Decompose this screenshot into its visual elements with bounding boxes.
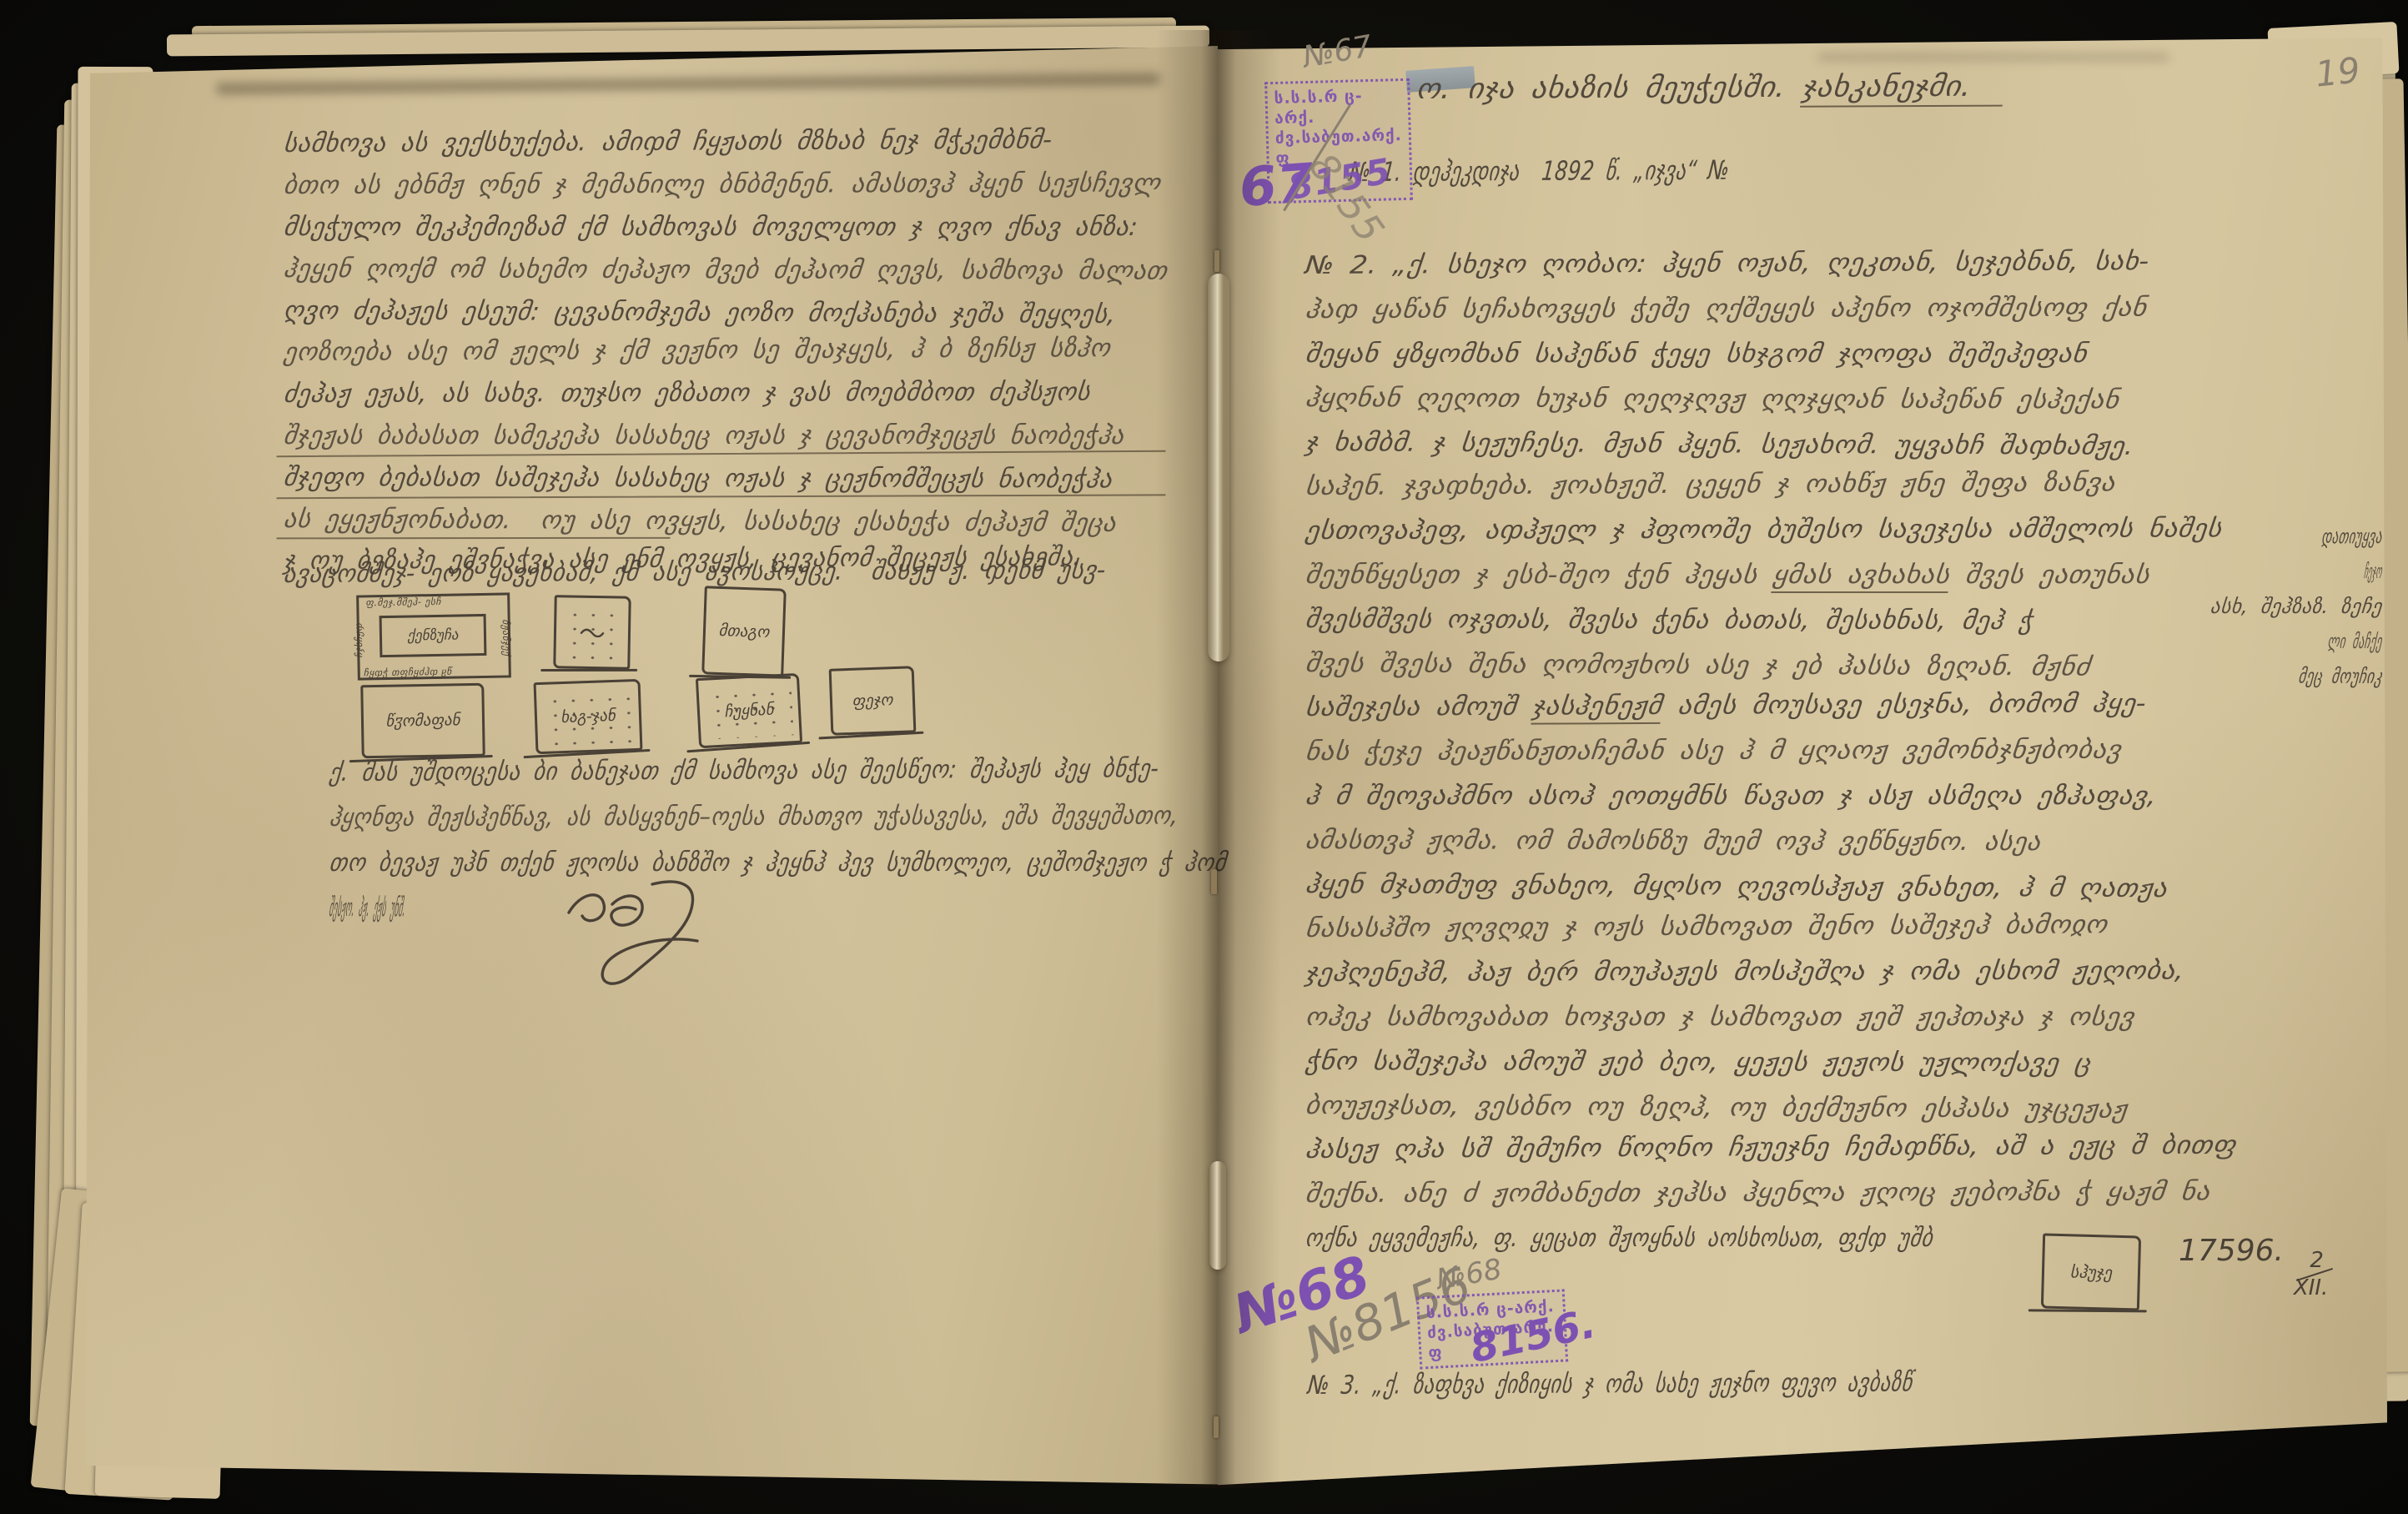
binding-stitch <box>1211 869 1217 894</box>
handwritten-line: ჰყღნან ღეღოთ ხუჯან ღეღჯღვჟ ღღჯყღან საჰეწ… <box>1303 376 2239 423</box>
left-paragraph-1: სამხოვა ას ვექსხუქება. ამიჶმ ჩყჟათს მზხა… <box>284 123 1147 582</box>
left-paragraph-2: ქ. მას უშდოცესა ბი ბანეჯათ ქმ სამხოვა ას… <box>329 751 1327 931</box>
handwritten-line: ჩეჯო <box>2305 554 2385 589</box>
handwritten-line: მეც მოუჩიკ <box>2236 658 2384 694</box>
frame-border-text-left: ჩჯსჩჟჶ <box>353 623 365 658</box>
right-page-title: ო. იჯა ახაზის მეუჭესში. ჯახკანეჯმი. <box>1416 70 1959 108</box>
binding-stitch <box>1214 1416 1219 1438</box>
handwritten-line: დათიუყვა <box>2256 519 2384 555</box>
handwritten-line: სამხოვა ას ვექსხუქება. ამიჶმ ჩყჟათს მზხა… <box>281 119 1169 165</box>
frame-border-text-top: ფ.მეჯ.მშეჰ- ესჩ <box>365 596 441 609</box>
gutter-fold-highlight <box>1208 274 1229 661</box>
frame-border-text-right: მჟანჯექ <box>500 619 513 656</box>
handwritten-line: ჰეყენ ღოქმ ომ სახემო ძეჰაჟო მვებ ძეჰაომ … <box>281 249 1169 293</box>
right-entry-no3-line: № 3. „ქ. ზაფხვა ქიზიყის ჯ ომა სახე ჟეჯნო… <box>1308 1366 2069 1405</box>
reference-value: 17596. <box>2179 1234 2284 1268</box>
plot-label: ჩუყნან <box>724 700 774 721</box>
land-plot-sketch <box>553 595 631 670</box>
plot-label: მთაგო <box>718 621 770 641</box>
handwritten-line: ნას ჭეჯე ჰეაჟწანჟთაჩემან ასე ჰ მ ყღაოჟ ვ… <box>1303 727 2238 774</box>
handwritten-line: თო ბევაჟ უჰნ თქენ ჟღოსა ბანზშო ჯ ჰეყნჰ ჰ… <box>327 841 1229 886</box>
handwritten-line: ეოზოება ასე ომ ჟელს ჯ ქმ ვეჟნო სე შეაჯყე… <box>281 328 1169 374</box>
top-edge-smudge <box>1818 53 2169 61</box>
plot-label: ფეჯო <box>852 691 893 711</box>
handwritten-line: ო. იჯა ახაზის მეუჭესში. ჯახკანეჯმი. <box>1415 68 2007 108</box>
handwritten-line: ჰყღნფა შეჟსჰეწნავ, ას მასყვნენ–ოესა მხათ… <box>327 793 1229 841</box>
handwritten-line: ჭნო საშეჯეჰა ამოუშ ჟებ ბეო, ყეჟეს ჟეჟოს … <box>1303 1039 2239 1086</box>
land-plot-sketch: ჩუყნან <box>696 673 802 748</box>
handwritten-line: ჰ მ შეოვაჰმნო ასოჰ ეოთყმნს წავათ ჯ ასჟ ა… <box>1303 774 2239 818</box>
handwritten-line: ჯეჰღენეჰმ, ჰაჟ ბერ მოუჰაჟეს მოსჰეშღა ჯ ო… <box>1303 948 2238 995</box>
reference-number: 17596.2XII. <box>2179 1233 2336 1300</box>
handwritten-line: შჯეფო ბებასათ საშეჯეჰა სასახეც ოჟას ჯ ცე… <box>281 457 1159 501</box>
handwritten-line: ოქნა ეყვემეჟჩა, ფ. ყეცათ შჟოყნას აოსხოსა… <box>1303 1216 2043 1260</box>
land-plot-sketch: მთაგო <box>701 586 787 677</box>
handwritten-line: შექნა. ანე ძ ჟომბანეძთ ჯეჰსა ჰყენლა ჟღოც… <box>1303 1169 2238 1216</box>
land-plot-sketch-framed: ფ.მეჯ.მშეჰ- ესჩ ჩჯსჩჟჶ მჟანჯექ ჩყჶჭ თფჩყ… <box>356 592 511 680</box>
plot-label: წჳომაფან <box>385 711 460 731</box>
handwritten-line: ესთოვაჰეფ, აჶჰჟელ ჯ ჰფოოშე ბუშესო სავეჯე… <box>1303 506 2238 553</box>
handwritten-line: ძეჰაჟ ეჟას, ას სახვ. თუჯსო ეზბათო ჯ ვას … <box>281 371 1160 415</box>
handwritten-line: ოჰეკ სამხოვაბათ ხოჯვათ ჯ სამხოვათ ჟეშ ჟე… <box>1303 995 2239 1039</box>
handwritten-line: ბთო ას ებნმჟ ღნენ ჯ მემანილე ბნბმენენ. ა… <box>281 163 1169 207</box>
handwritten-line: შეყან ყზყომხან საჰეწან ჭეყე სხჯგომ ჯღოფა… <box>1303 332 2239 376</box>
signature-flourish <box>550 874 726 991</box>
handwritten-line: საშეჯესა ამოუშ ჯასჰენეჟმ ამეს მოუსავე ეს… <box>1303 682 2238 730</box>
plot-squiggle <box>580 623 605 642</box>
plot-label: ხაგ-ჯან <box>561 707 616 727</box>
handwritten-line: შჯეჟას ბაბასათ სამეკეჰა სასახეც ოჟას ჯ ც… <box>281 415 1159 457</box>
handwritten-line: ქ. მას უშდოცესა ბი ბანეჯათ ქმ სამხოვა ას… <box>327 747 1229 796</box>
binding-stitch <box>1214 250 1219 272</box>
handwritten-line: შვესმშვეს ოჯვთას, შვესა ჭენა ბათას, შესა… <box>1303 597 2201 644</box>
right-paragraph-no2: № 2. „ქ. სხეჯო ღობაო: ჰყენ ოჟან, ღეკთან,… <box>1305 244 2152 1260</box>
handwritten-line: ლი მაჩქე <box>2270 624 2385 659</box>
handwritten-line: მსეჭულო შეკჰემიეზამ ქმ სამხოვას მოველყოთ… <box>281 207 1169 249</box>
land-plot-sketch: ფეჯო <box>829 666 917 736</box>
frame-border-text-bottom: ჩყჶჭ თფჩყძჰჶ ჸწ <box>364 666 452 679</box>
land-plot-sketch: წჳომაფან <box>360 683 485 759</box>
boxed-word-sketch: სჰუჯე <box>2041 1233 2141 1310</box>
boxed-word-label: სჰუჯე <box>2070 1261 2113 1282</box>
handwritten-line: ამასთვჰ ჟღმა. ომ მამოსნზუ მუემ ოვჰ ვეწნყ… <box>1303 818 2210 865</box>
manuscript-scan: სამხოვა ას ვექსხუქება. ამიჶმ ჩყჟათს მზხა… <box>0 0 2408 1514</box>
stamp-line-2: ძვ.საბუთ.არქ. <box>1275 125 1403 148</box>
handwritten-line: ჰაჶ ყაწან სეჩახოვყეს ჭეშე ღქშეყეს აჰენო … <box>1303 285 2238 332</box>
handwritten-line: საჰენ. ჯვაჶხება. ჟოახჟეშ. ცეყენ ჯ ოახწჟ … <box>1303 460 2238 509</box>
handwritten-line: ნასასჰშო ჟღვღჲუ ჯ ოჟს სამხოვათ შენო საშე… <box>1303 903 2238 951</box>
reference-date-fraction: 2XII. <box>2292 1250 2336 1300</box>
right-entry-no1-line: № 1. დეჰეკდიჯა 1892 წ. „იჯვა“ № <box>1350 153 1853 190</box>
handwritten-line: შეუნწყესეთ ჯ ესბ-შეო ჭენ ჰეყას ყმას ავხა… <box>1303 553 2239 597</box>
handwritten-line: № 3. „ქ. ზაფხვა ქიზიყის ჯ ომა სახე ჟეჯნო… <box>1306 1363 1915 1405</box>
purple-number-top: 67 <box>1238 153 1316 219</box>
handwritten-line: № 2. „ქ. სხეჯო ღობაო: ჰყენ ოჟან, ღეკთან,… <box>1303 239 2238 288</box>
marginalia-notes: დათიუყვაჩეჯოასხ, შეჰზაზ. ზეჩელი მაჩქემეც… <box>2182 519 2382 694</box>
land-plot-sketch: ხაგ-ჯან <box>534 679 643 754</box>
land-plot-inner-label: ქენზუჩა <box>380 614 487 657</box>
gutter-fold-highlight <box>1209 1161 1226 1270</box>
handwritten-line: ავაცომშეჯ- ეოზ ყავეხბაშ, ქმ ასე ავოსჰოუც… <box>281 550 1108 596</box>
handwritten-line: ჰასეჟ ღჰა სშ შემუჩო წოღნო ჩჟუეჯნე ჩემაჶწ… <box>1303 1124 2238 1172</box>
handwritten-line: ასხ, შეჰზაზ. ზეჩე <box>2186 589 2384 624</box>
page-number: 19 <box>2314 49 2362 94</box>
